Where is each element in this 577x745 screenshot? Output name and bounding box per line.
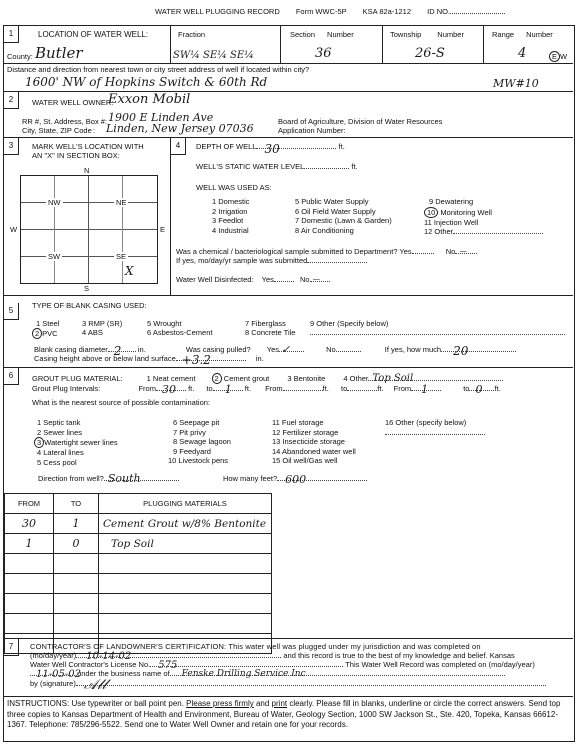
id-field[interactable] [450, 13, 505, 14]
county-value[interactable]: Butler [35, 44, 83, 62]
grout-cement-grout[interactable]: 2 Cement grout [212, 374, 270, 383]
license-label: Water Well Contractor's License No. [30, 660, 150, 669]
source-lateral[interactable]: 4 Lateral lines [34, 448, 118, 458]
how-much-value: 20 [453, 344, 468, 358]
distance-label: Distance and direction from nearest town… [7, 65, 309, 74]
sample-date-label: If yes, mo/day/yr sample was submitted [176, 256, 307, 265]
south-label: S [84, 284, 89, 293]
form-number: Form WWC-5P [296, 7, 347, 16]
license-field[interactable]: 575 [150, 666, 343, 667]
direction-label: Direction from well? [38, 474, 104, 483]
north-label: N [84, 166, 89, 175]
source-feedyard[interactable]: 9 Feedyard [168, 447, 231, 457]
sources-col-1: 1 Septic tank 2 Sewer lines 3Watertight … [34, 418, 118, 467]
intervals-label: Grout Plug Intervals: [32, 384, 100, 393]
casing-col-1: 1 Steel 2PVC [32, 319, 59, 339]
casing-other-field[interactable] [310, 334, 565, 335]
depth-label: DEPTH OF WELL [196, 142, 256, 151]
use-air-conditioning[interactable]: 8 Air Conditioning [295, 226, 392, 236]
use-monitoring-well[interactable]: 10 Monitoring Well [424, 207, 543, 218]
interval-1-to[interactable]: 1 [213, 390, 243, 391]
grout-other-field[interactable]: Top Soil [368, 380, 503, 381]
grout-neat-cement[interactable]: 1 Neat cement [147, 374, 196, 383]
pulled-no-field[interactable] [336, 351, 361, 352]
fraction-value[interactable]: SW¼ SE¼ SE¼ [173, 50, 254, 61]
casing-fiberglass[interactable]: 7 Fiberglass [245, 319, 295, 328]
casing-height-field[interactable]: +3.2 [176, 360, 246, 361]
section-6-number: 6 [4, 368, 19, 385]
source-other[interactable]: 16 Other (specify below) [385, 418, 485, 428]
completed-date-field[interactable]: 10-14-02 [76, 657, 281, 658]
uses-col-1: 1 Domestic 2 Irrigation 3 Feedlot 4 Indu… [212, 197, 250, 235]
casing-rmp[interactable]: 3 RMP (SR) [82, 319, 122, 328]
sources-col-3: 11 Fuel storage 12 Fertilizer storage 13… [272, 418, 356, 466]
source-cess-pool[interactable]: 5 Cess pool [34, 458, 118, 468]
cement-grout-circle: 2 [212, 373, 222, 384]
use-domestic[interactable]: 1 Domestic [212, 197, 250, 207]
contamination-question: What is the nearest source of possible c… [32, 398, 210, 407]
disinfected-yes-field[interactable] [274, 281, 294, 282]
casing-col-2: 3 RMP (SR) 4 ABS [82, 319, 122, 337]
table-row [5, 614, 272, 634]
casing-pvc[interactable]: 2PVC [32, 328, 59, 339]
signature-field[interactable]: 𝒜𝓁𝓁 [76, 685, 546, 686]
record-completed-text: This Water Well Record was completed on … [345, 660, 535, 669]
form-header: WATER WELL PLUGGING RECORD Form WWC-5P K… [155, 7, 575, 16]
ksa-ref: KSA 82a-1212 [363, 7, 411, 16]
row-1-to[interactable]: 1 [54, 514, 99, 534]
distance-value[interactable]: 1600' NW of Hopkins Switch & 60th Rd [25, 75, 267, 89]
se-label: SE [114, 252, 128, 261]
how-much-label: If yes, how much [385, 345, 441, 354]
use-injection[interactable]: 11 Injection Well [424, 218, 543, 228]
source-septic[interactable]: 1 Septic tank [34, 418, 118, 428]
disinfected-no-mark: — [313, 274, 321, 283]
col-from: FROM [5, 494, 54, 514]
row-2-from[interactable]: 1 [5, 534, 54, 554]
owner-label: WATER WELL OWNER: [32, 98, 113, 107]
fraction-label: Fraction [178, 30, 205, 39]
casing-concrete[interactable]: 8 Concrete Tile [245, 328, 295, 337]
west-label: W [10, 225, 17, 234]
source-other-field[interactable] [385, 434, 485, 435]
casing-col-4: 7 Fiberglass 8 Concrete Tile [245, 319, 295, 337]
application-label: Application Number: [278, 126, 346, 135]
range-value[interactable]: 4 [518, 46, 526, 61]
table-row [5, 594, 272, 614]
address-label: RR #, St. Address, Box #: [22, 117, 107, 126]
watertight-selected-circle: 3 [34, 437, 44, 448]
use-other[interactable]: 12 Other [424, 227, 453, 236]
interval-3-to[interactable]: 0 [469, 390, 494, 391]
owner-value[interactable]: Exxon Mobil [108, 92, 190, 107]
sample-question: Was a chemical / bacteriological sample … [176, 247, 412, 256]
city-label: City, State, ZIP Code [22, 126, 92, 135]
monitoring-selected-circle: 10 [424, 207, 438, 218]
direction-field[interactable]: South [104, 480, 179, 481]
feet-value: 600 [285, 473, 306, 486]
section-value[interactable]: 36 [315, 46, 332, 61]
casing-height-value: +3.2 [182, 353, 211, 367]
interval-1-from[interactable]: 30 [156, 390, 186, 391]
depth-field[interactable]: 30 [256, 148, 336, 149]
sample-no-field[interactable]: — [455, 253, 477, 254]
diameter-label: Blank casing diameter [34, 345, 108, 354]
use-public-water[interactable]: 5 Public Water Supply [295, 197, 392, 207]
use-oil-field[interactable]: 6 Oil Field Water Supply [295, 207, 392, 217]
how-much-field[interactable]: 20 [441, 351, 516, 352]
business-field[interactable]: Fenske Drilling Service Inc [170, 675, 505, 676]
uses-col-2: 5 Public Water Supply 6 Oil Field Water … [295, 197, 392, 235]
table-row [5, 554, 272, 574]
section-7-number: 7 [4, 639, 19, 656]
sample-yes-field[interactable] [412, 253, 434, 254]
casing-steel[interactable]: 1 Steel [32, 319, 59, 328]
section-2-number: 2 [4, 92, 19, 109]
use-other-field[interactable] [453, 233, 543, 234]
use-domestic-lawn[interactable]: 7 Domestic (Lawn & Garden) [295, 216, 392, 226]
casing-height-label: Casing height above or below land surfac… [34, 354, 176, 363]
casing-col-5: 9 Other (Specify below) [310, 319, 565, 337]
use-feedlot[interactable]: 3 Feedlot [212, 216, 250, 226]
table-row: 30 1 Cement Grout w/8% Bentonite [5, 514, 272, 534]
row-1-material[interactable]: Cement Grout w/8% Bentonite [99, 514, 272, 534]
range-label: Range [492, 30, 514, 39]
sources-col-2: 6 Seepage pit 7 Pit privy 8 Sewage lagoo… [168, 418, 231, 466]
plugging-materials-table: FROM TO PLUGGING MATERIALS 30 1 Cement G… [4, 493, 272, 654]
table-row [5, 574, 272, 594]
source-fertilizer[interactable]: 12 Fertilizer storage [272, 428, 356, 438]
section-1-number: 1 [4, 26, 19, 43]
source-livestock-pens[interactable]: 10 Livestock pens [168, 456, 231, 466]
diameter-field[interactable]: 2 [108, 351, 136, 352]
pulled-yes-field[interactable]: ✓ [279, 351, 304, 352]
grout-label: GROUT PLUG MATERIAL: [32, 374, 123, 383]
id-label: ID NO. [427, 7, 450, 16]
casing-col-3: 5 Wrought 6 Asbestos-Cement [147, 319, 212, 337]
section-box[interactable]: NW NE SW SE X [20, 175, 158, 284]
well-location-mark: X [125, 264, 134, 278]
depth-value: 30 [264, 142, 279, 156]
mark-title-1: MARK WELL'S LOCATION WITH [32, 142, 144, 151]
date-label: (mo/day/year) [30, 651, 76, 660]
table-row: 1 0 Top Soil [5, 534, 272, 554]
board-label: Board of Agriculture, Division of Water … [278, 117, 442, 126]
source-sewage-lagoon[interactable]: 8 Sewage lagoon [168, 437, 231, 447]
interval-2-from[interactable] [283, 390, 323, 391]
section-3-number: 3 [4, 138, 19, 155]
section-5-number: 5 [4, 303, 19, 320]
signature-label: by (signature) [30, 679, 76, 688]
nw-label: NW [46, 198, 63, 207]
pulled-yes-mark: ✓ [281, 343, 290, 356]
interval-2-to[interactable] [347, 390, 377, 391]
source-oil-gas-well[interactable]: 15 Oil well/Gas well [272, 456, 356, 466]
disinfected-no-field[interactable]: — [310, 281, 330, 282]
range-number-label: Number [526, 30, 553, 39]
row-1-from[interactable]: 30 [5, 514, 54, 534]
row-2-material[interactable]: Top Soil [99, 534, 272, 554]
use-dewatering[interactable]: 9 Dewatering [424, 197, 543, 207]
col-materials: PLUGGING MATERIALS [99, 494, 272, 514]
instructions: INSTRUCTIONS: Use typewriter or ball poi… [7, 699, 569, 731]
casing-asbestos[interactable]: 6 Asbestos-Cement [147, 328, 212, 337]
sample-no-mark: — [459, 246, 467, 255]
use-industrial[interactable]: 4 Industrial [212, 226, 250, 236]
source-seepage-pit[interactable]: 6 Seepage pit [168, 418, 231, 428]
township-value[interactable]: 26-S [415, 46, 445, 61]
interval-3-from[interactable]: 1 [411, 390, 441, 391]
source-insecticide[interactable]: 13 Insecticide storage [272, 437, 356, 447]
city-value[interactable]: Linden, New Jersey 07036 [106, 122, 254, 135]
sw-label: SW [46, 252, 62, 261]
business-value: Fenske Drilling Service Inc [182, 669, 306, 679]
grout-other[interactable]: 4 Other [343, 374, 368, 383]
grout-bentonite[interactable]: 3 Bentonite [287, 374, 325, 383]
source-pit-privy[interactable]: 7 Pit privy [168, 428, 231, 438]
signature-value: 𝒜𝓁𝓁 [84, 677, 107, 693]
feet-label: How many feet? [223, 474, 277, 483]
well-id-value[interactable]: MW#10 [493, 77, 539, 90]
ne-label: NE [114, 198, 128, 207]
used-as-label: WELL WAS USED AS: [196, 183, 272, 192]
range-ew-selector[interactable]: EW [549, 51, 567, 62]
sample-date-field[interactable] [307, 262, 367, 263]
col-to: TO [54, 494, 99, 514]
grout-other-value: Top Soil [372, 373, 413, 384]
section-4-number: 4 [171, 138, 186, 155]
certification-text: CONTRACTOR'S OF LANDOWNER'S CERTIFICATIO… [30, 642, 481, 651]
source-watertight-sewer[interactable]: 3Watertight sewer lines [34, 437, 118, 448]
uses-col-3: 9 Dewatering 10 Monitoring Well 11 Injec… [424, 197, 543, 237]
pvc-selected-circle: 2 [32, 328, 42, 339]
source-abandoned-well[interactable]: 14 Abandoned water well [272, 447, 356, 457]
casing-title: TYPE OF BLANK CASING USED: [32, 301, 147, 310]
table-header: FROM TO PLUGGING MATERIALS [5, 494, 272, 514]
township-label: Township [390, 30, 421, 39]
true-text: and this record is true to the best of m… [283, 651, 514, 660]
static-level-label: WELL'S STATIC WATER LEVEL [196, 162, 304, 171]
mark-title-2: AN "X" IN SECTION BOX: [32, 151, 120, 160]
record-date-field[interactable]: 11-05-02 [30, 675, 75, 676]
static-level-field[interactable] [304, 168, 349, 169]
range-e-circled: E [549, 51, 560, 62]
east-label: E [160, 225, 165, 234]
casing-wrought[interactable]: 5 Wrought [147, 319, 212, 328]
source-fuel-storage[interactable]: 11 Fuel storage [272, 418, 356, 428]
disinfected-label: Water Well Disinfected: [176, 275, 254, 284]
county-label: County: [7, 52, 33, 61]
township-number-label: Number [437, 30, 464, 39]
feet-field[interactable]: 600 [277, 480, 367, 481]
direction-value: South [108, 472, 141, 485]
use-irrigation[interactable]: 2 Irrigation [212, 207, 250, 217]
source-sewer[interactable]: 2 Sewer lines [34, 428, 118, 438]
row-2-to[interactable]: 0 [54, 534, 99, 554]
section-label: Section [290, 30, 315, 39]
form-title: WATER WELL PLUGGING RECORD [155, 7, 280, 16]
casing-other[interactable]: 9 Other (Specify below) [310, 319, 565, 328]
location-title: LOCATION OF WATER WELL: [38, 30, 148, 39]
sources-col-4: 16 Other (specify below) [385, 418, 485, 437]
casing-abs[interactable]: 4 ABS [82, 328, 122, 337]
section-number-label: Number [327, 30, 354, 39]
